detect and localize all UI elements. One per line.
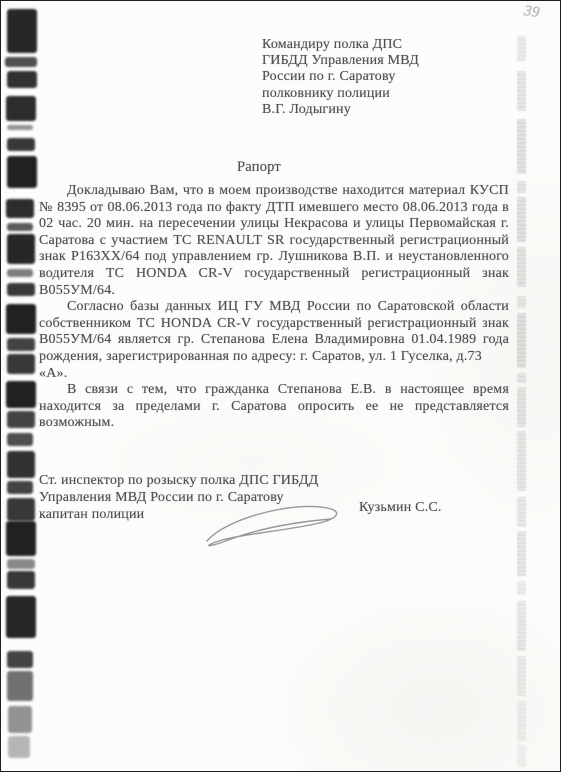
recipient-line: России по г. Саратову [262, 69, 442, 85]
handwritten-page-number: 39 [523, 3, 541, 22]
binding-mark [6, 96, 36, 121]
scan-edge-mark [517, 701, 526, 741]
body-line: собственником ТС HONDA CR-V государствен… [39, 316, 509, 333]
scan-edge-mark [517, 656, 526, 696]
binding-mark [6, 381, 36, 408]
scanned-report-page: 39 Командиру полка ДПС ГИБДД Управления … [0, 0, 561, 772]
scan-edge-mark [517, 431, 526, 491]
body-line: В связи с тем, что гражданка Степанова Е… [39, 382, 509, 399]
scan-edge-mark [517, 387, 526, 427]
body-line: Докладываю Вам, что в моем производстве … [39, 183, 509, 200]
binding-mark [5, 57, 37, 67]
scan-edge-mark [517, 745, 526, 767]
signature-line: Ст. инспектор по розыску полка ДПС ГИБДД [39, 473, 369, 490]
handwritten-signature [197, 497, 347, 555]
binding-mark [7, 125, 33, 130]
binding-mark [7, 481, 33, 494]
binding-mark [6, 199, 34, 218]
recipient-line: полковнику полиции [262, 86, 442, 102]
scan-edge-mark [517, 497, 526, 527]
report-title: Рапорт [39, 159, 479, 176]
binding-mark [7, 223, 33, 231]
binding-mark [7, 234, 35, 264]
body-line: № 8395 от 08.06.2013 года по факту ДТП и… [39, 200, 509, 217]
body-line: Саратова с участием ТС RENAULT SR госуда… [39, 233, 509, 250]
binding-mark [6, 521, 36, 556]
binding-mark [8, 736, 30, 758]
binding-mark [6, 304, 36, 334]
body-line: возможным. [39, 415, 509, 432]
binding-mark [7, 71, 37, 88]
signer-name: Кузьмин С.С. [359, 500, 442, 516]
body-line: В055УМ/64 является гр. Степанова Елена В… [39, 332, 509, 349]
binding-mark [7, 451, 35, 478]
body-line: находится за пределами г. Саратова опрос… [39, 399, 509, 416]
recipient-line: ГИБДД Управления МВД [262, 53, 442, 69]
binding-mark [7, 9, 37, 53]
binding-mark [7, 651, 33, 668]
binding-mark [8, 706, 32, 733]
report-body: Докладываю Вам, что в моем производстве … [39, 183, 509, 432]
binding-mark [7, 283, 35, 296]
binding-mark [7, 269, 33, 277]
binding-mark [7, 338, 35, 351]
body-line: рождения, зарегистрированная по адресу: … [39, 349, 509, 382]
scan-edge-mark [517, 601, 526, 651]
scan-edge-mark [517, 373, 526, 383]
scan-edge-mark [517, 531, 526, 576]
scan-edge-mark [517, 197, 526, 242]
binding-mark [7, 571, 35, 589]
scan-edge-mark [517, 36, 526, 61]
scan-edge-mark [517, 119, 526, 174]
scan-edge-mark [517, 296, 526, 308]
body-line: В055УМ/64. [39, 283, 509, 300]
scan-edge-mark [517, 181, 526, 193]
body-line: 02 час. 20 мин. на пересечении улицы Нек… [39, 216, 509, 233]
body-line: Согласно базы данных ИЦ ГУ МВД России по… [39, 299, 509, 316]
binding-mark [7, 433, 33, 446]
binding-mark [7, 156, 37, 188]
binding-mark [7, 138, 35, 151]
recipient-line: В.Г. Лодыгину [262, 102, 442, 118]
scan-edge-mark [517, 71, 526, 111]
binding-mark [6, 596, 36, 638]
scan-edge-mark [517, 581, 526, 595]
recipient-line: Командиру полка ДПС [262, 37, 442, 53]
scan-edge-mark [517, 313, 526, 368]
scan-edge-mark [517, 247, 526, 287]
body-line: знак Р163ХХ/64 под управлением гр. Лушни… [39, 249, 509, 266]
recipient-block: Командиру полка ДПС ГИБДД Управления МВД… [262, 37, 442, 118]
binding-mark [7, 354, 35, 374]
body-line: водителя ТС HONDA CR-V государственный р… [39, 266, 509, 283]
binding-mark [7, 671, 33, 701]
binding-mark [7, 559, 35, 569]
binding-mark [7, 411, 35, 428]
binding-mark [7, 498, 35, 521]
